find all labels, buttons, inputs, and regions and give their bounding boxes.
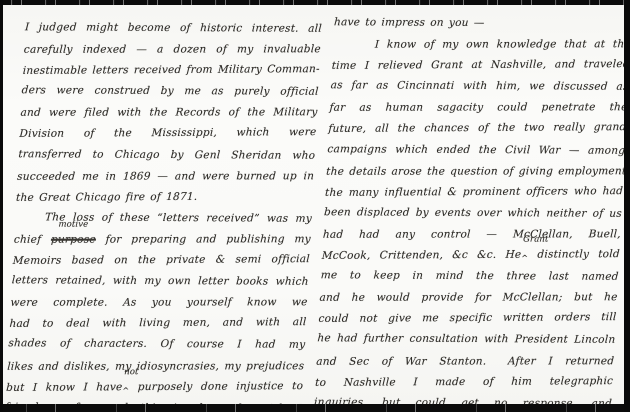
manuscript-column-left: I judged might become of historic intere… (4, 18, 322, 412)
manuscript-line: Division of the Mississippi, which were (19, 123, 317, 146)
manuscript-line: and were filed with the Records of the M… (20, 103, 318, 125)
scanned-manuscript-page: I judged might become of historic intere… (0, 0, 630, 412)
manuscript-line: carefully indexed — a dozen of my invalu… (23, 39, 321, 61)
manuscript-line: inestimable letters received from Milita… (22, 59, 320, 82)
manuscript-line: likes and dislikes, my idiosyncrasies, m… (7, 356, 305, 378)
manuscript-line: been displaced by events over which neit… (323, 202, 622, 225)
manuscript-line: future, all the chances of the two reall… (328, 118, 627, 141)
scan-frame-top-edge (0, 0, 630, 5)
inserted-word-above: not (124, 368, 139, 377)
manuscript-line: as far as Cincinnati with him, we discus… (330, 76, 629, 99)
manuscript-line: could not give me specific written order… (318, 307, 617, 330)
inserted-word-above: Grant (523, 236, 549, 245)
manuscript-line: me to keep in mind the three last named (320, 265, 619, 288)
manuscript-line: far as human sagacity could penetrate th… (329, 98, 628, 120)
line-text: but I know I have (6, 381, 123, 394)
insertion-stack: ^Grant (521, 245, 529, 269)
manuscript-line: to Nashville I made of him telegraphic (315, 371, 614, 394)
manuscript-line: letters retained, with my own letter boo… (11, 270, 309, 293)
manuscript-line: time I relieved Grant at Nashville, and … (331, 54, 630, 77)
line-text: McCook, Crittenden, &c &c. He (321, 249, 521, 262)
manuscript-line: transferred to Chicago by Genl Sheridan … (18, 144, 316, 167)
manuscript-line: succeeded me in 1869 — and were burned u… (17, 166, 315, 188)
manuscript-line: campaigns which ended the Civil War — am… (327, 139, 626, 162)
line-text: distinctly told (528, 248, 620, 261)
manuscript-line: he had further consultation with Preside… (317, 329, 616, 352)
manuscript-line: Memoirs based on the private & semi offi… (12, 249, 310, 272)
scan-frame-left-edge (0, 0, 3, 412)
manuscript-line: were complete. As you yourself know we (10, 292, 308, 314)
manuscript-line: shades of characters. Of course I had my (8, 334, 306, 357)
manuscript-line: had had any control — McClellan, Buell, (322, 224, 621, 246)
struck-word: purpose (51, 234, 97, 246)
manuscript-column-right: have to impress on you — I know of my ow… (313, 13, 630, 412)
manuscript-line: the details arose the question of giving… (326, 161, 625, 183)
line-text: purposely done injustice to (129, 380, 303, 393)
replacement-word-above: motive (58, 221, 88, 230)
scan-frame-bottom-edge (0, 404, 630, 412)
manuscript-line-with-insertion: but I know I have^not purposely done inj… (6, 376, 304, 399)
manuscript-line: and Sec of War Stanton. After I returned (316, 351, 615, 373)
manuscript-line: had to deal with living men, and with al… (9, 312, 307, 335)
manuscript-line-with-insertion: McCook, Crittenden, &c &c. He^Grant dist… (321, 244, 620, 267)
line-text: chief (14, 234, 52, 246)
scan-frame-right-edge (624, 0, 630, 412)
manuscript-line-paragraph-start: I know of my own knowledge that at the (332, 34, 630, 56)
manuscript-line: the many influential & prominent officer… (325, 181, 624, 204)
line-text: for preparing and publishing my (96, 233, 312, 245)
correction-stack: purposemotive (50, 230, 96, 251)
manuscript-line: and he would provide for McClellan; but … (319, 287, 618, 309)
manuscript-line: ders were construed by me as purely offi… (21, 81, 319, 104)
paper: I judged might become of historic intere… (3, 5, 624, 404)
manuscript-line: have to impress on you — (333, 12, 630, 35)
manuscript-line: I judged might become of historic intere… (24, 17, 322, 40)
manuscript-line-with-correction: chief purposemotive for preparing and pu… (13, 229, 311, 251)
manuscript-line: the Great Chicago fire of 1871. (16, 186, 314, 209)
